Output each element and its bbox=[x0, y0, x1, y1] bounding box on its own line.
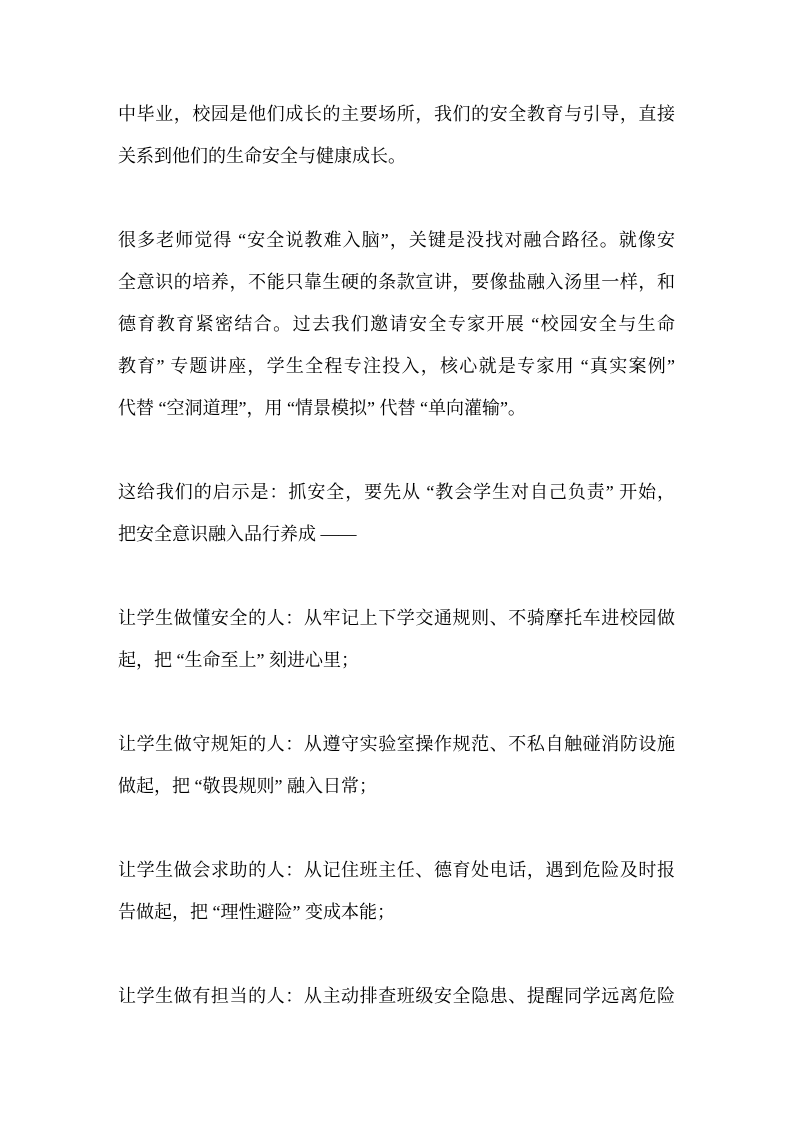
text-line: 教育” 专题讲座，学生全程专注投入，核心就是专家用 “真实案例” bbox=[118, 345, 675, 387]
document-page: 中毕业，校园是他们成长的主要场所，我们的安全教育与引导，直接 关系到他们的生命安… bbox=[0, 0, 793, 1122]
paragraph: 很多老师觉得 “安全说教难入脑”，关键是没找对融合路径。就像安 全意识的培养，不… bbox=[118, 219, 675, 429]
text-line: 德育教育紧密结合。过去我们邀请安全专家开展 “校园安全与生命 bbox=[118, 303, 675, 345]
text-line: 起，把 “生命至上” 刻进心里； bbox=[118, 639, 675, 681]
paragraph: 这给我们的启示是：抓安全，要先从 “教会学生对自己负责” 开始， 把安全意识融入… bbox=[118, 471, 675, 555]
paragraph: 让学生做守规矩的人：从遵守实验室操作规范、不私自触碰消防设施 做起，把 “敬畏规… bbox=[118, 723, 675, 807]
text-line: 全意识的培养，不能只靠生硬的条款宣讲，要像盐融入汤里一样，和 bbox=[118, 261, 675, 303]
text-line: 很多老师觉得 “安全说教难入脑”，关键是没找对融合路径。就像安 bbox=[118, 219, 675, 261]
text-line: 把安全意识融入品行养成 —— bbox=[118, 513, 675, 555]
paragraph: 让学生做会求助的人：从记住班主任、德育处电话，遇到危险及时报 告做起，把 “理性… bbox=[118, 849, 675, 933]
text-line: 做起，把 “敬畏规则” 融入日常； bbox=[118, 765, 675, 807]
text-line: 中毕业，校园是他们成长的主要场所，我们的安全教育与引导，直接 bbox=[118, 93, 675, 135]
text-line: 代替 “空洞道理”，用 “情景模拟” 代替 “单向灌输”。 bbox=[118, 387, 675, 429]
text-line: 这给我们的启示是：抓安全，要先从 “教会学生对自己负责” 开始， bbox=[118, 471, 675, 513]
text-line: 让学生做守规矩的人：从遵守实验室操作规范、不私自触碰消防设施 bbox=[118, 723, 675, 765]
text-line: 让学生做懂安全的人：从牢记上下学交通规则、不骑摩托车进校园做 bbox=[118, 597, 675, 639]
text-line: 让学生做会求助的人：从记住班主任、德育处电话，遇到危险及时报 bbox=[118, 849, 675, 891]
text-line: 告做起，把 “理性避险” 变成本能； bbox=[118, 891, 675, 933]
paragraph: 让学生做懂安全的人：从牢记上下学交通规则、不骑摩托车进校园做 起，把 “生命至上… bbox=[118, 597, 675, 681]
text-line: 让学生做有担当的人：从主动排查班级安全隐患、提醒同学远离危险 bbox=[118, 975, 675, 1017]
paragraph: 让学生做有担当的人：从主动排查班级安全隐患、提醒同学远离危险 bbox=[118, 975, 675, 1017]
text-line: 关系到他们的生命安全与健康成长。 bbox=[118, 135, 675, 177]
paragraph: 中毕业，校园是他们成长的主要场所，我们的安全教育与引导，直接 关系到他们的生命安… bbox=[118, 93, 675, 177]
